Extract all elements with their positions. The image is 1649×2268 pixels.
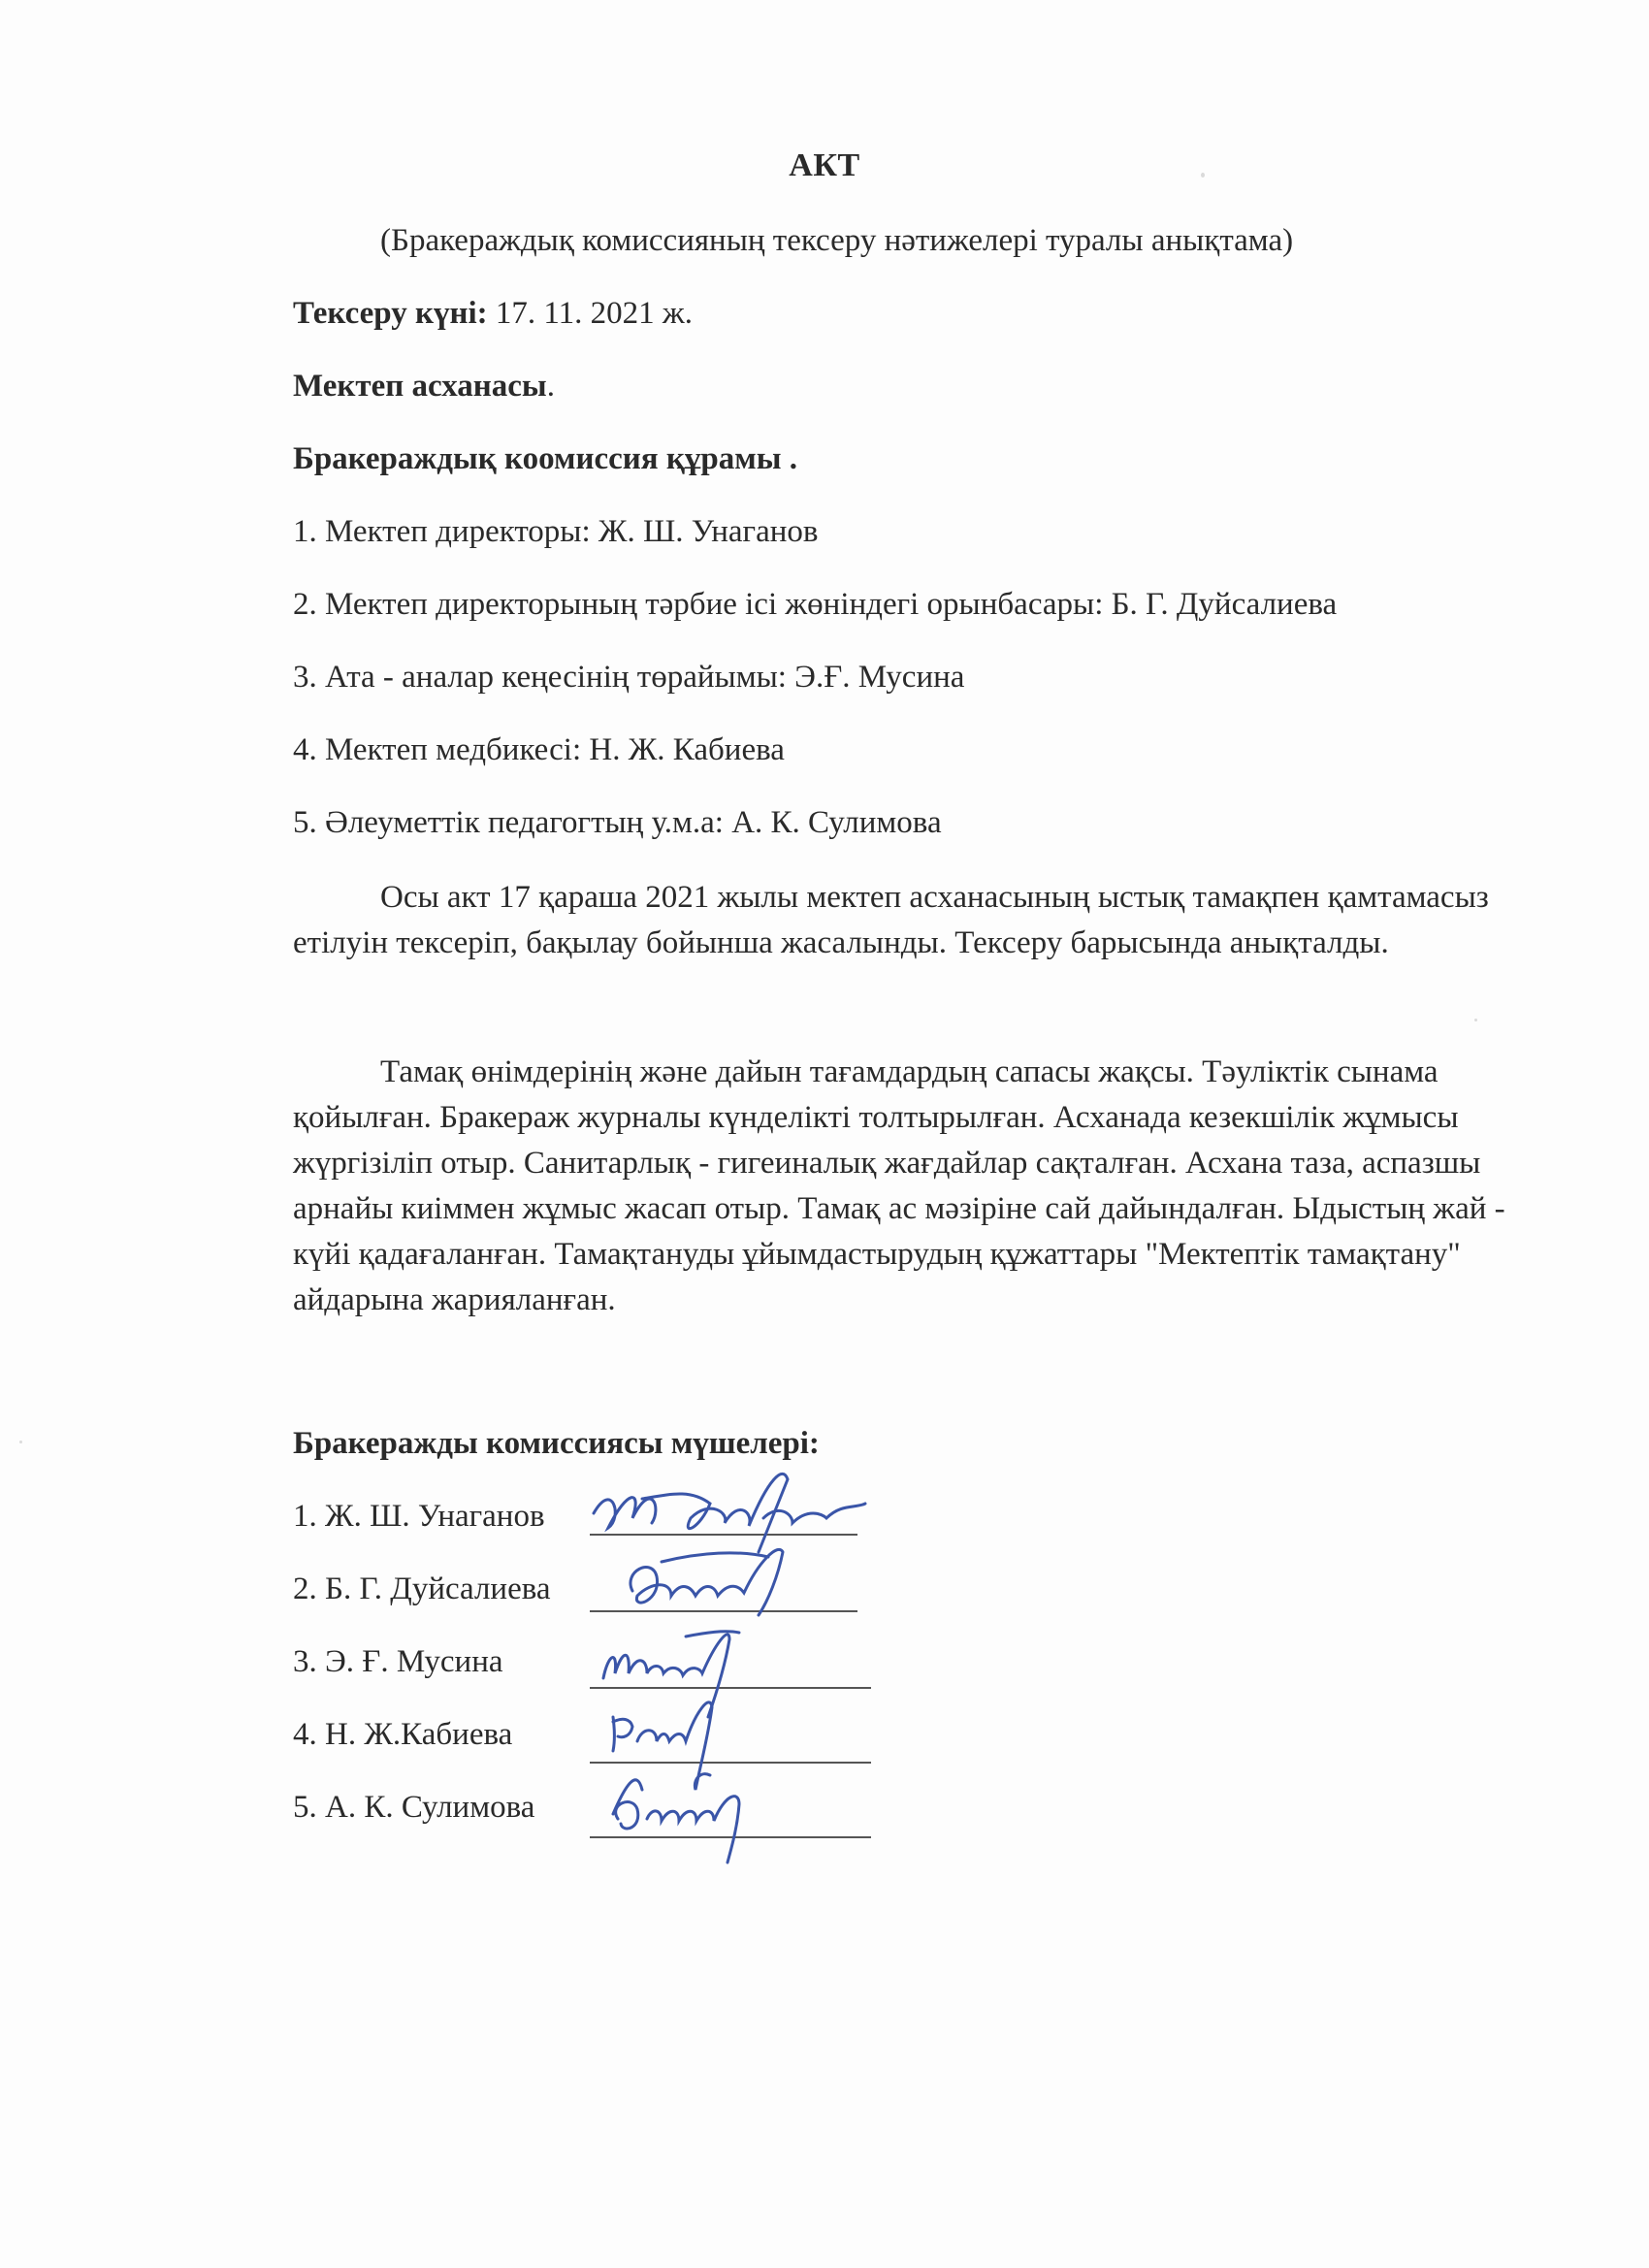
paragraph-text: Осы акт 17 қараша 2021 жылы мектеп асхан… bbox=[293, 880, 1489, 960]
scan-speck bbox=[1474, 1019, 1477, 1021]
paragraph-findings: Тамақ өнімдерінің және дайын тағамдардың… bbox=[293, 1050, 1505, 1323]
commission-member: 1. Мектеп директоры: Ж. Ш. Унаганов bbox=[293, 514, 818, 550]
signatory-name: 1. Ж. Ш. Унаганов bbox=[293, 1499, 545, 1535]
paragraph-intro: Осы акт 17 қараша 2021 жылы мектеп асхан… bbox=[293, 875, 1505, 966]
inspection-date-label: Тексеру күні: bbox=[293, 296, 488, 331]
location: Мектеп асханасы. bbox=[293, 369, 555, 405]
paragraph-text: Тамақ өнімдерінің және дайын тағамдардың… bbox=[293, 1054, 1505, 1317]
location-suffix: . bbox=[547, 369, 555, 404]
inspection-date-value: 17. 11. 2021 ж. bbox=[488, 296, 693, 331]
location-label: Мектеп асханасы bbox=[293, 369, 547, 404]
inspection-date: Тексеру күні: 17. 11. 2021 ж. bbox=[293, 296, 693, 332]
document-subtitle: (Бракераждық комиссияның тексеру нәтижел… bbox=[380, 223, 1293, 259]
commission-member: 4. Мектеп медбикесі: Н. Ж. Кабиева bbox=[293, 732, 785, 768]
handwritten-signature-icon bbox=[603, 1761, 788, 1867]
signatory-name: 5. А. К. Сулимова bbox=[293, 1790, 534, 1826]
commission-heading: Бракераждық коомиссия құрамы . bbox=[293, 441, 797, 477]
commission-member: 5. Әлеуметтік педагогтың у.м.а: А. К. Су… bbox=[293, 805, 942, 841]
signatory-name: 2. Б. Г. Дуйсалиева bbox=[293, 1571, 551, 1607]
signatory-name: 4. Н. Ж.Кабиева bbox=[293, 1717, 512, 1753]
scanned-document-page: АКТ (Бракераждық комиссияның тексеру нәт… bbox=[0, 0, 1649, 2268]
commission-member: 2. Мектеп директорының тәрбие ісі жөнінд… bbox=[293, 587, 1337, 623]
document-title: АКТ bbox=[0, 147, 1649, 184]
commission-member: 3. Ата - аналар кеңесінің төрайымы: Э.Ғ.… bbox=[293, 660, 964, 696]
signatory-name: 3. Э. Ғ. Мусина bbox=[293, 1644, 503, 1680]
scan-speck bbox=[19, 1441, 22, 1443]
signatures-heading: Бракеражды комиссиясы мүшелері: bbox=[293, 1426, 820, 1462]
